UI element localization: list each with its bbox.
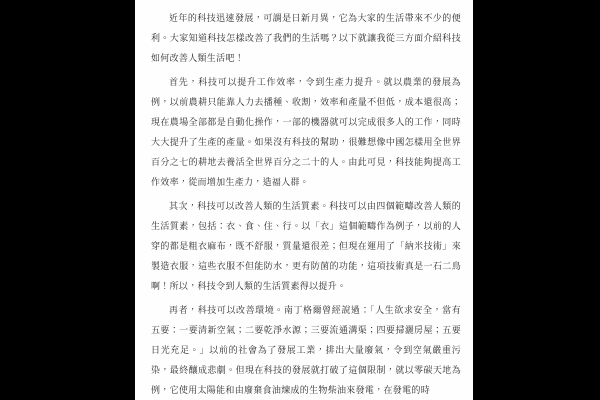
paragraph-quality-of-life: 其次，科技可以改善人類的生活質素。科技可以由四個範疇改善人類的生活質素，包括：衣… [151, 196, 461, 296]
paragraph-environment: 再者，科技可以改善環境。南丁格爾曾經說過：「人生欲求安全，當有五要：一要清新空氣… [151, 300, 461, 400]
viewer-background: 近年的科技迅速發展，可謂是日新月異，它為大家的生活帶來不少的便利。大家知道科技怎… [0, 0, 600, 400]
paragraph-work-efficiency: 首先，科技可以提升工作效率，令到生產力提升。就以農業的發展為例，以前農耕只能靠人… [151, 72, 461, 192]
paragraph-intro: 近年的科技迅速發展，可謂是日新月異，它為大家的生活帶來不少的便利。大家知道科技怎… [151, 8, 461, 68]
document-page: 近年的科技迅速發展，可謂是日新月異，它為大家的生活帶來不少的便利。大家知道科技怎… [135, 0, 473, 400]
